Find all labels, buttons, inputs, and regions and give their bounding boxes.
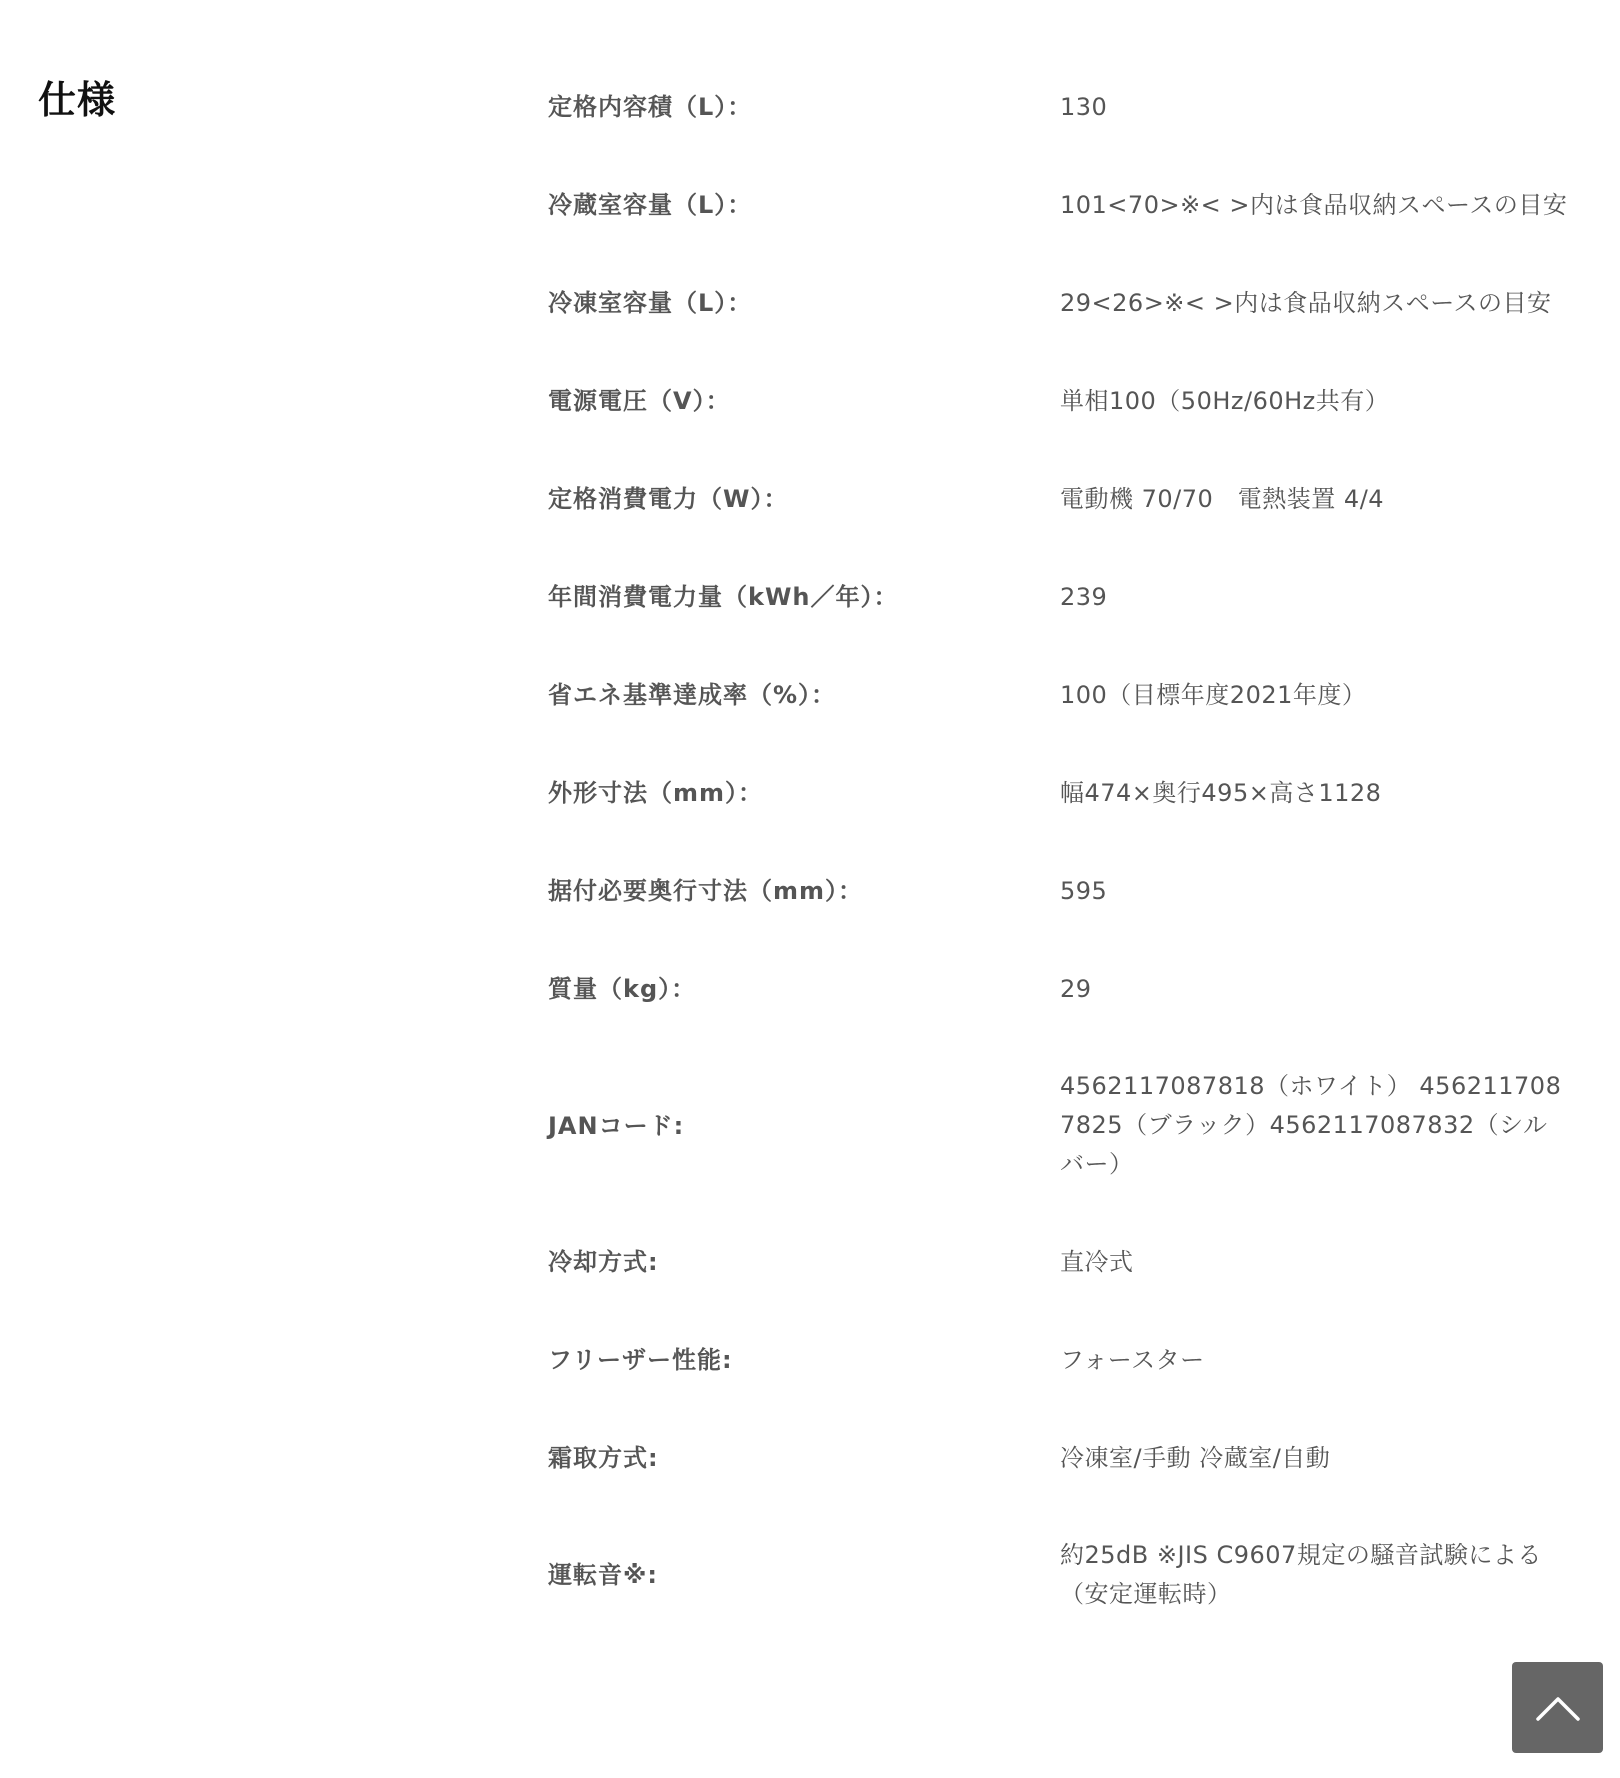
- spec-row-install-depth: 据付必要奥行寸法（mm）： 595: [548, 842, 1568, 940]
- spec-row-rated-power: 定格消費電力（W）： 電動機 70/70 電熱装置 4/4: [548, 450, 1568, 548]
- spec-label: 定格内容積（L）：: [548, 87, 1060, 127]
- back-to-top-button[interactable]: [1512, 1662, 1603, 1753]
- spec-label: フリーザー性能:: [548, 1340, 1060, 1380]
- spec-row-freezer-rating: フリーザー性能: フォースター: [548, 1311, 1568, 1409]
- spec-value: 239: [1060, 578, 1568, 617]
- spec-value: 29<26>※< >内は食品収納スペースの目安: [1060, 284, 1568, 323]
- spec-label: 質量（kg）：: [548, 969, 1060, 1009]
- spec-value: 単相100（50Hz/60Hz共有）: [1060, 382, 1568, 421]
- spec-value: 電動機 70/70 電熱装置 4/4: [1060, 480, 1568, 519]
- spec-row-noise: 運転音※: 約25dB ※JIS C9607規定の騒音試験による（安定運転時）: [548, 1507, 1568, 1643]
- spec-label: 据付必要奥行寸法（mm）：: [548, 871, 1060, 911]
- spec-value: フォースター: [1060, 1341, 1568, 1380]
- spec-value: 約25dB ※JIS C9607規定の騒音試験による（安定運転時）: [1060, 1536, 1568, 1614]
- spec-row-defrost-method: 霜取方式: 冷凍室/手動 冷蔵室/自動: [548, 1409, 1568, 1507]
- spec-label: 年間消費電力量（kWh／年）：: [548, 577, 1060, 617]
- spec-row-dimensions: 外形寸法（mm）： 幅474×奥行495×高さ1128: [548, 744, 1568, 842]
- spec-table: 定格内容積（L）： 130 冷蔵室容量（L）： 101<70>※< >内は食品収…: [548, 58, 1568, 1643]
- spec-value: 101<70>※< >内は食品収納スペースの目安: [1060, 186, 1568, 225]
- spec-row-fridge-capacity: 冷蔵室容量（L）： 101<70>※< >内は食品収納スペースの目安: [548, 156, 1568, 254]
- spec-label: 運転音※:: [548, 1555, 1060, 1595]
- spec-label: JANコード:: [548, 1106, 1060, 1146]
- spec-row-energy-rate: 省エネ基準達成率（%）： 100（目標年度2021年度）: [548, 646, 1568, 744]
- spec-value: 冷凍室/手動 冷蔵室/自動: [1060, 1439, 1568, 1478]
- spec-row-annual-power: 年間消費電力量（kWh／年）： 239: [548, 548, 1568, 646]
- spec-row-weight: 質量（kg）： 29: [548, 940, 1568, 1038]
- spec-label: 冷蔵室容量（L）：: [548, 185, 1060, 225]
- spec-row-cooling-method: 冷却方式: 直冷式: [548, 1213, 1568, 1311]
- spec-value: 直冷式: [1060, 1243, 1568, 1282]
- spec-value: 4562117087818（ホワイト） 4562117087825（ブラック）4…: [1060, 1067, 1568, 1184]
- spec-label: 電源電圧（V）：: [548, 381, 1060, 421]
- spec-row-rated-capacity: 定格内容積（L）： 130: [548, 58, 1568, 156]
- spec-label: 冷却方式:: [548, 1242, 1060, 1282]
- spec-value: 130: [1060, 88, 1568, 127]
- spec-row-jan-code: JANコード: 4562117087818（ホワイト） 456211708782…: [548, 1038, 1568, 1213]
- spec-value: 29: [1060, 970, 1568, 1009]
- spec-value: 100（目標年度2021年度）: [1060, 676, 1568, 715]
- spec-heading: 仕様: [38, 76, 116, 124]
- spec-value: 幅474×奥行495×高さ1128: [1060, 774, 1568, 813]
- spec-label: 省エネ基準達成率（%）：: [548, 675, 1060, 715]
- chevron-up-icon: [1534, 1693, 1582, 1723]
- spec-row-freezer-capacity: 冷凍室容量（L）： 29<26>※< >内は食品収納スペースの目安: [548, 254, 1568, 352]
- spec-row-voltage: 電源電圧（V）： 単相100（50Hz/60Hz共有）: [548, 352, 1568, 450]
- spec-label: 霜取方式:: [548, 1438, 1060, 1478]
- spec-label: 冷凍室容量（L）：: [548, 283, 1060, 323]
- spec-label: 外形寸法（mm）：: [548, 773, 1060, 813]
- spec-value: 595: [1060, 872, 1568, 911]
- spec-label: 定格消費電力（W）：: [548, 479, 1060, 519]
